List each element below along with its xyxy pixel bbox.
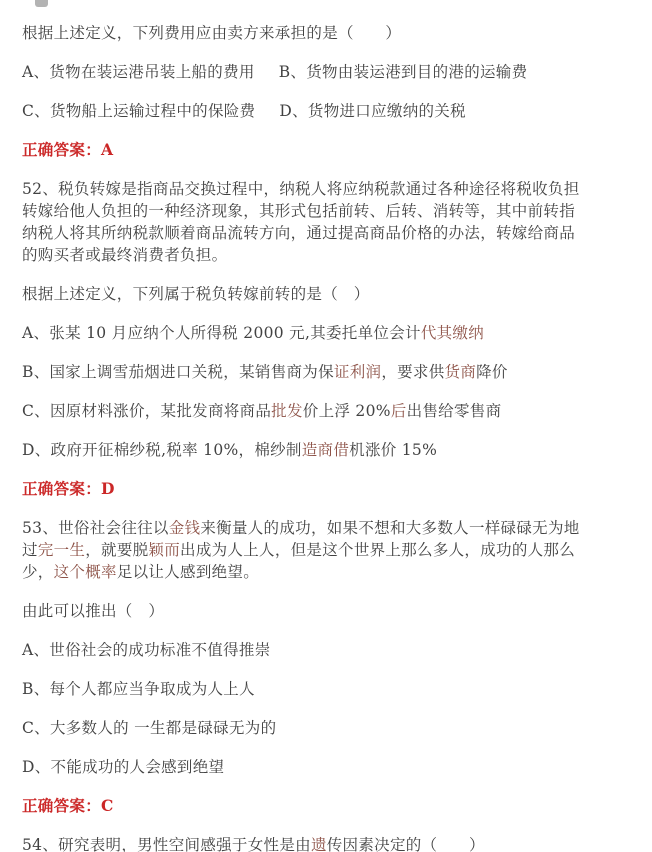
q52-option-c: C、因原材料涨价，某批发商将商品批发价上浮 20%后出售给零售商 — [22, 400, 626, 422]
q52-option-d: D、政府开征棉纱税,税率 10%，棉纱制造商借机涨价 15% — [22, 439, 626, 461]
text-segment: 足以让人感到绝望。 — [117, 563, 259, 581]
text-segment: 转嫁给他人负担的一种经济现象，其形式包括前转、后转、消转等，其中前转指 — [22, 202, 575, 220]
text-line: A、张某 10 月应纳个人所得税 2000 元,其委托单位会计代其缴纳 — [22, 322, 626, 344]
q54-stem: 54、研究表明，男性空间感强于女性是由遗传因素决定的（ ） — [22, 834, 626, 852]
q52-option-a: A、张某 10 月应纳个人所得税 2000 元,其委托单位会计代其缴纳 — [22, 322, 626, 344]
option-column-gap — [255, 76, 279, 77]
answer-line: 正确答案：A — [22, 139, 626, 161]
highlighted-text: 金钱 — [169, 519, 201, 537]
text-segment: 传因素决定的（ ） — [327, 836, 485, 852]
highlighted-text: 这个概率 — [54, 563, 117, 581]
correct-answer-text: 正确答案：A — [22, 140, 113, 159]
q52-option-b: B、国家上调雪茄烟进口关税，某销售商为保证利润，要求供货商降价 — [22, 361, 626, 383]
text-line: A、世俗社会的成功标准不值得推崇 — [22, 639, 626, 661]
text-segment: C、因原材料涨价，某批发商将商品 — [22, 402, 271, 420]
text-segment: 来衡量人的成功，如果不想和大多数人一样碌碌无为地 — [200, 519, 579, 537]
text-line: 根据上述定义，下列费用应由卖方来承担的是（ ） — [22, 22, 626, 44]
text-line: B、每个人都应当争取成为人上人 — [22, 678, 626, 700]
text-line: 的购买者或最终消费者负担。 — [22, 244, 626, 266]
text-segment: 纳税人将其所纳税款顺着商品流转方向，通过提高商品价格的办法，转嫁给商品 — [22, 224, 575, 242]
text-line: C、大多数人的 一生都是碌碌无为的 — [22, 717, 626, 739]
q53-stem: 由此可以推出（ ） — [22, 600, 626, 622]
text-line: 由此可以推出（ ） — [22, 600, 626, 622]
text-line: 根据上述定义，下列属于税负转嫁前转的是（ ） — [22, 283, 626, 305]
text-segment: D、不能成功的人会感到绝望 — [22, 758, 224, 776]
text-line: 52、税负转嫁是指商品交换过程中，纳税人将应纳税款通过各种途径将税收负担 — [22, 178, 626, 200]
q52-definition: 52、税负转嫁是指商品交换过程中，纳税人将应纳税款通过各种途径将税收负担转嫁给他… — [22, 178, 626, 266]
text-segment: ，要求供 — [381, 363, 444, 381]
highlighted-text: 颖而 — [148, 541, 180, 559]
text-line: C、货物船上运输过程中的保险费D、货物进口应缴纳的关税 — [22, 100, 626, 122]
q52-stem: 根据上述定义，下列属于税负转嫁前转的是（ ） — [22, 283, 626, 305]
q53-option-a: A、世俗社会的成功标准不值得推崇 — [22, 639, 626, 661]
text-segment: B、国家上调雪茄烟进口关税，某销售商为保 — [22, 363, 334, 381]
q53-option-b: B、每个人都应当争取成为人上人 — [22, 678, 626, 700]
text-segment: 53、世俗社会往往以 — [22, 519, 169, 537]
text-segment: D、货物进口应缴纳的关税 — [279, 102, 466, 120]
highlighted-text: 证利润 — [334, 363, 381, 381]
text-line: 过完一生，就要脱颖而出成为人上人，但是这个世界上那么多人，成功的人那么 — [22, 539, 626, 561]
text-segment: 机涨价 15% — [349, 441, 437, 459]
text-segment: 出成为人上人，但是这个世界上那么多人，成功的人那么 — [180, 541, 575, 559]
q53-definition: 53、世俗社会往往以金钱来衡量人的成功，如果不想和大多数人一样碌碌无为地过完一生… — [22, 517, 626, 583]
highlighted-text: 代其缴纳 — [421, 324, 484, 342]
text-segment: A、张某 10 月应纳个人所得税 2000 元,其委托单位会计 — [22, 324, 421, 342]
text-segment: A、货物在装运港吊装上船的费用 — [22, 63, 255, 81]
text-segment: 由此可以推出（ ） — [22, 602, 164, 620]
highlighted-text: 货商 — [445, 363, 477, 381]
text-segment: D、政府开征棉纱税,税率 10%，棉纱制 — [22, 441, 302, 459]
text-segment: B、货物由装运港到目的港的运输费 — [279, 63, 528, 81]
correct-answer-text: 正确答案：C — [22, 796, 114, 815]
q53-option-c: C、大多数人的 一生都是碌碌无为的 — [22, 717, 626, 739]
text-segment: B、每个人都应当争取成为人上人 — [22, 680, 255, 698]
text-line: 纳税人将其所纳税款顺着商品流转方向，通过提高商品价格的办法，转嫁给商品 — [22, 222, 626, 244]
page-artifact-smudge — [35, 0, 48, 7]
text-line: C、因原材料涨价，某批发商将商品批发价上浮 20%后出售给零售商 — [22, 400, 626, 422]
text-line: 54、研究表明，男性空间感强于女性是由遗传因素决定的（ ） — [22, 834, 626, 852]
answer-line: 正确答案：C — [22, 795, 626, 817]
q51-stem: 根据上述定义，下列费用应由卖方来承担的是（ ） — [22, 22, 626, 44]
text-line: B、国家上调雪茄烟进口关税，某销售商为保证利润，要求供货商降价 — [22, 361, 626, 383]
q51-options-cd: C、货物船上运输过程中的保险费D、货物进口应缴纳的关税 — [22, 100, 626, 122]
text-segment: 的购买者或最终消费者负担。 — [22, 246, 227, 264]
q53-option-d: D、不能成功的人会感到绝望 — [22, 756, 626, 778]
highlighted-text: 批发 — [271, 402, 303, 420]
text-segment: A、世俗社会的成功标准不值得推崇 — [22, 641, 271, 659]
text-segment: C、货物船上运输过程中的保险费 — [22, 102, 255, 120]
highlighted-text: 造商借 — [302, 441, 349, 459]
q51-answer: 正确答案：A — [22, 139, 626, 161]
q52-answer: 正确答案：D — [22, 478, 626, 500]
highlighted-text: 完一生 — [38, 541, 85, 559]
text-segment: 价上浮 20% — [303, 402, 391, 420]
text-line: D、政府开征棉纱税,税率 10%，棉纱制造商借机涨价 15% — [22, 439, 626, 461]
q53-answer: 正确答案：C — [22, 795, 626, 817]
text-segment: 54、研究表明，男性空间感强于女性是由 — [22, 836, 311, 852]
text-segment: 52、税负转嫁是指商品交换过程中，纳税人将应纳税款通过各种途径将税收负担 — [22, 180, 580, 198]
highlighted-text: 后 — [391, 402, 407, 420]
option-column-gap — [255, 115, 279, 116]
text-segment: 降价 — [476, 363, 508, 381]
text-segment: ，就要脱 — [85, 541, 148, 559]
text-line: A、货物在装运港吊装上船的费用B、货物由装运港到目的港的运输费 — [22, 61, 626, 83]
answer-line: 正确答案：D — [22, 478, 626, 500]
text-segment: 过 — [22, 541, 38, 559]
text-segment: 出售给零售商 — [407, 402, 502, 420]
text-line: 少，这个概率足以让人感到绝望。 — [22, 561, 626, 583]
q51-options-ab: A、货物在装运港吊装上船的费用B、货物由装运港到目的港的运输费 — [22, 61, 626, 83]
correct-answer-text: 正确答案：D — [22, 479, 115, 498]
exam-page: 根据上述定义，下列费用应由卖方来承担的是（ ）A、货物在装运港吊装上船的费用B、… — [0, 0, 652, 852]
text-segment: 根据上述定义，下列属于税负转嫁前转的是（ ） — [22, 285, 370, 303]
text-segment: C、大多数人的 一生都是碌碌无为的 — [22, 719, 276, 737]
text-segment: 根据上述定义，下列费用应由卖方来承担的是（ ） — [22, 24, 401, 42]
text-line: 转嫁给他人负担的一种经济现象，其形式包括前转、后转、消转等，其中前转指 — [22, 200, 626, 222]
text-line: D、不能成功的人会感到绝望 — [22, 756, 626, 778]
highlighted-text: 遗 — [311, 836, 327, 852]
text-line: 53、世俗社会往往以金钱来衡量人的成功，如果不想和大多数人一样碌碌无为地 — [22, 517, 626, 539]
exam-content: 根据上述定义，下列费用应由卖方来承担的是（ ）A、货物在装运港吊装上船的费用B、… — [22, 22, 626, 852]
text-segment: 少， — [22, 563, 54, 581]
